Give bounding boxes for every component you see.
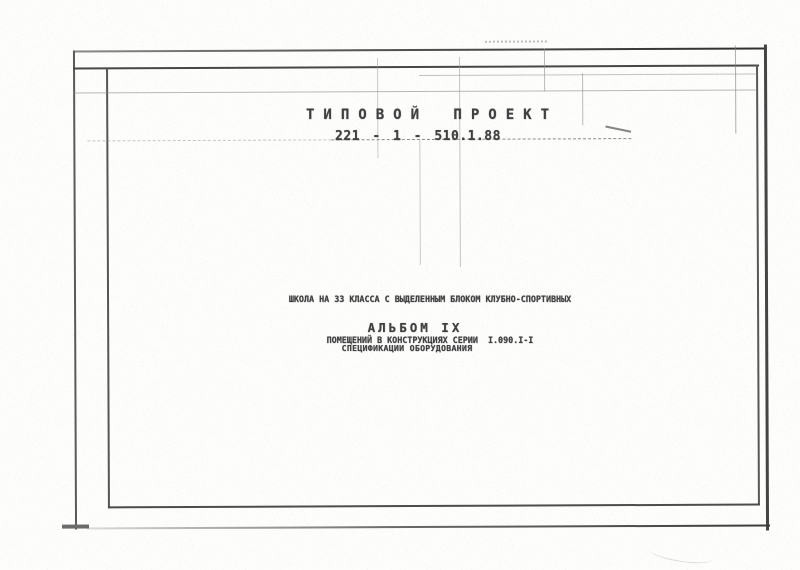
outer-border-top bbox=[73, 47, 767, 52]
album-label: АЛЬБОМ IX bbox=[368, 322, 463, 335]
inner-frame-left bbox=[106, 67, 110, 508]
dotted-marks-top bbox=[485, 40, 547, 42]
project-subject-line1: ШКОЛА НА 33 КЛАССА С ВЫДЕЛЕННЫМ БЛОКОМ К… bbox=[289, 293, 571, 307]
inner-frame-top bbox=[73, 65, 759, 70]
faint-vertical-guide-4 bbox=[544, 48, 545, 91]
dashed-guide-line-left bbox=[87, 139, 331, 141]
faint-vertical-guide-5 bbox=[582, 73, 583, 125]
faint-vertical-guide-3 bbox=[459, 57, 461, 267]
outer-border-left bbox=[73, 51, 77, 530]
faint-vertical-guide-6 bbox=[735, 46, 736, 134]
outer-border-bottom bbox=[87, 524, 770, 529]
scanned-document-page: ТИПОВОЙ ПРОЕКТ 221 - 1 - 510.1.88 ШКОЛА … bbox=[0, 0, 800, 570]
outer-border-right bbox=[764, 44, 769, 530]
diagonal-pen-tick bbox=[605, 126, 631, 133]
inner-frame-bottom bbox=[108, 504, 760, 509]
faint-rule-upper-right bbox=[419, 74, 757, 76]
faint-rule-header bbox=[73, 90, 757, 94]
outer-border-bottom-tick bbox=[62, 524, 89, 528]
faint-vertical-guide-2 bbox=[419, 140, 421, 265]
album-subtitle: СПЕЦИФИКАЦИИ ОБОРУДОВАНИЯ bbox=[342, 344, 473, 352]
pencil-smudge-bottom-right bbox=[648, 542, 714, 567]
inner-frame-right bbox=[756, 65, 760, 506]
project-number: 221 - 1 - 510.1.88 bbox=[335, 130, 501, 143]
document-type-title: ТИПОВОЙ ПРОЕКТ bbox=[306, 108, 558, 122]
